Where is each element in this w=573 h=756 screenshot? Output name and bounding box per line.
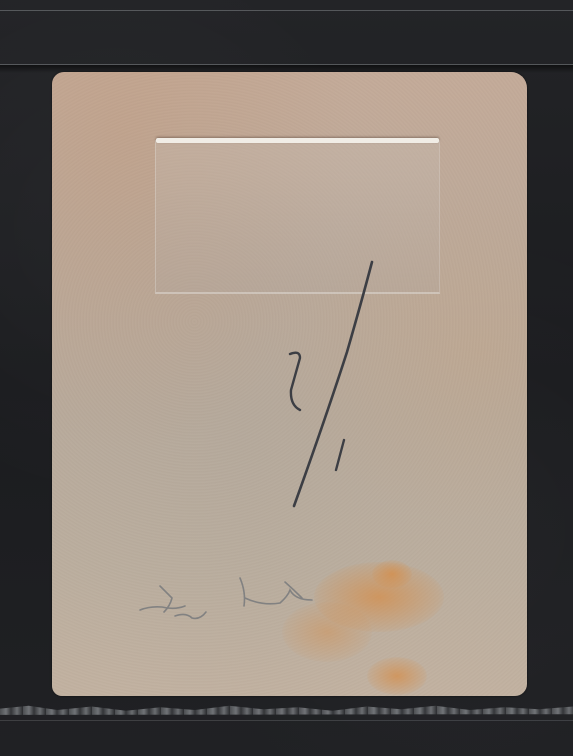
faint-pencil-signature (140, 578, 312, 618)
pencil-notation: 2/1 (0, 0, 573, 756)
